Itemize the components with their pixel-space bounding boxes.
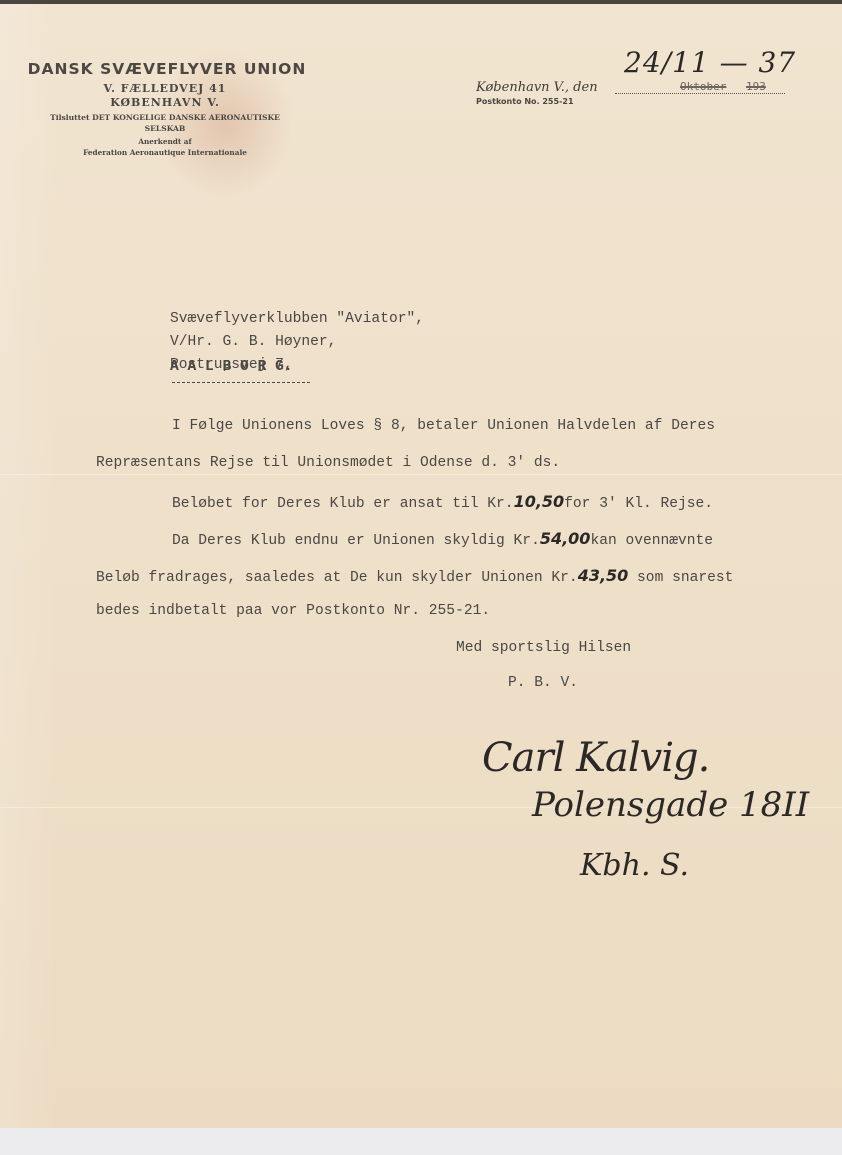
letterhead-street: V. FÆLLEDVEJ 41 bbox=[60, 82, 270, 95]
city-underline bbox=[172, 382, 310, 383]
body-line-2: Repræsentans Rejse til Unionsmødet i Ode… bbox=[96, 455, 560, 471]
recipient-city: A A L B O R G. bbox=[170, 359, 293, 375]
handwritten-date: 24/11 — 37 bbox=[624, 46, 796, 79]
body-line-6: bedes indbetalt paa vor Postkonto Nr. 25… bbox=[96, 603, 490, 619]
signature-address: Polensgade 18II bbox=[532, 785, 809, 825]
letterhead-recognized-label: Anerkendt af bbox=[40, 137, 290, 146]
signature-city: Kbh. S. bbox=[580, 848, 689, 883]
letterhead-affiliation: Tilsluttet DET KONGELIGE DANSKE AERONAUT… bbox=[40, 113, 290, 122]
letterhead-affiliation-cont: SELSKAB bbox=[40, 124, 290, 133]
struck-year: 193 bbox=[746, 80, 786, 93]
paper-fold bbox=[0, 474, 842, 475]
dateline-place: København V., den bbox=[476, 80, 598, 95]
letterhead-recognized-by: Federation Aeronautique Internationale bbox=[40, 148, 290, 157]
scan-background bbox=[0, 1128, 842, 1155]
body-line-3: Beløbet for Deres Klub er ansat til Kr.1… bbox=[172, 492, 713, 512]
closing-greeting: Med sportslig Hilsen bbox=[456, 640, 631, 656]
body-line-5: Beløb fradrages, saaledes at De kun skyl… bbox=[96, 566, 733, 586]
recipient-club: Svæveflyverklubben "Aviator", bbox=[170, 311, 424, 327]
handwritten-amount: 43,50 bbox=[578, 566, 629, 585]
signature: Carl Kalvig. bbox=[482, 735, 709, 781]
recipient-attn: V/Hr. G. B. Høyner, bbox=[170, 334, 336, 350]
handwritten-amount: 54,00 bbox=[540, 529, 591, 548]
closing-pbv: P. B. V. bbox=[508, 675, 578, 691]
struck-month: Oktober bbox=[680, 80, 726, 93]
body-line-1: I Følge Unionens Loves § 8, betaler Unio… bbox=[172, 418, 715, 434]
handwritten-amount: 10,50 bbox=[514, 492, 565, 511]
letterhead-org-name: DANSK SVÆVEFLYVER UNION bbox=[22, 60, 312, 78]
date-dotted-line bbox=[615, 93, 785, 94]
letterhead-city: KØBENHAVN V. bbox=[60, 96, 270, 109]
body-line-4: Da Deres Klub endnu er Unionen skyldig K… bbox=[172, 529, 713, 549]
postkonto-number: Postkonto No. 255-21 bbox=[476, 97, 574, 106]
